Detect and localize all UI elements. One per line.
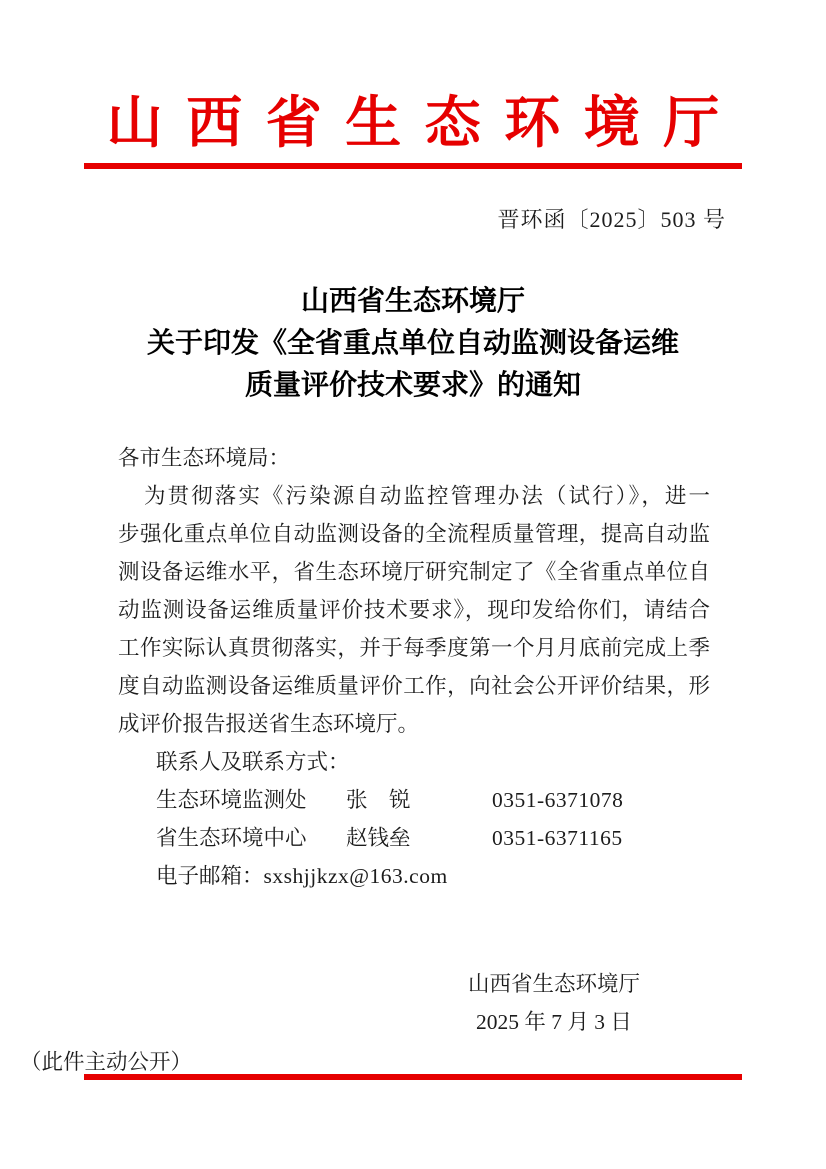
contact-department: 省生态环境中心 xyxy=(156,819,314,857)
contact-heading: 联系人及联系方式： xyxy=(118,743,710,781)
contact-department: 生态环境监测处 xyxy=(156,781,314,819)
signature-block: 山西省生态环境厅 2025 年 7 月 3 日 xyxy=(468,965,640,1041)
document-title-line-3: 质量评价技术要求》的通知 xyxy=(0,365,826,407)
contact-phone: 0351-6371165 xyxy=(492,819,623,857)
letterhead: 山西省生态环境厅 晋环函〔2025〕503 号 xyxy=(0,90,826,235)
paragraph-line: 为贯彻落实《污染源自动监控管理办法（试行）》，进一 xyxy=(118,477,710,515)
contact-phone: 0351-6371078 xyxy=(492,781,623,819)
paragraph-line: 度自动监测设备运维质量评价工作，向社会公开评价结果，形 xyxy=(118,667,710,705)
paragraph-line: 工作实际认真贯彻落实，并于每季度第一个月月底前完成上季 xyxy=(118,629,710,667)
document-title-line-1: 山西省生态环境厅 xyxy=(0,281,826,323)
paragraph-line: 步强化重点单位自动监测设备的全流程质量管理，提高自动监 xyxy=(118,515,710,553)
signature-agency: 山西省生态环境厅 xyxy=(468,965,640,1003)
paragraph-line: 测设备运维水平，省生态环境厅研究制定了《全省重点单位自 xyxy=(118,553,710,591)
footer-divider xyxy=(84,1074,742,1080)
letterhead-agency-name: 山西省生态环境厅 xyxy=(0,90,826,158)
email-label: 电子邮箱： xyxy=(156,864,264,888)
document-title-line-2: 关于印发《全省重点单位自动监测设备运维 xyxy=(0,323,826,365)
contact-name: 赵钱垒 xyxy=(346,819,424,857)
contact-row: 生态环境监测处 张 锐 0351-6371078 xyxy=(118,781,710,819)
contact-row: 省生态环境中心 赵钱垒 0351-6371165 xyxy=(118,819,710,857)
document-number: 晋环函〔2025〕503 号 xyxy=(0,205,726,235)
contact-name: 张 锐 xyxy=(346,781,424,819)
document-title: 山西省生态环境厅 关于印发《全省重点单位自动监测设备运维 质量评价技术要求》的通… xyxy=(0,281,826,407)
official-document-page: 山西省生态环境厅 晋环函〔2025〕503 号 山西省生态环境厅 关于印发《全省… xyxy=(0,0,826,1169)
signature-date: 2025 年 7 月 3 日 xyxy=(468,1003,640,1041)
document-body: 各市生态环境局： 为贯彻落实《污染源自动监控管理办法（试行）》，进一 步强化重点… xyxy=(118,439,710,895)
main-paragraph: 为贯彻落实《污染源自动监控管理办法（试行）》，进一 步强化重点单位自动监测设备的… xyxy=(118,477,710,743)
paragraph-line: 动监测设备运维质量评价技术要求》，现印发给你们，请结合 xyxy=(118,591,710,629)
salutation: 各市生态环境局： xyxy=(118,439,710,477)
paragraph-line: 成评价报告报送省生态环境厅。 xyxy=(118,705,710,743)
letterhead-divider xyxy=(84,163,742,169)
email-address: sxshjjkzx@163.com xyxy=(264,864,448,888)
email-row: 电子邮箱：sxshjjkzx@163.com xyxy=(118,857,710,895)
